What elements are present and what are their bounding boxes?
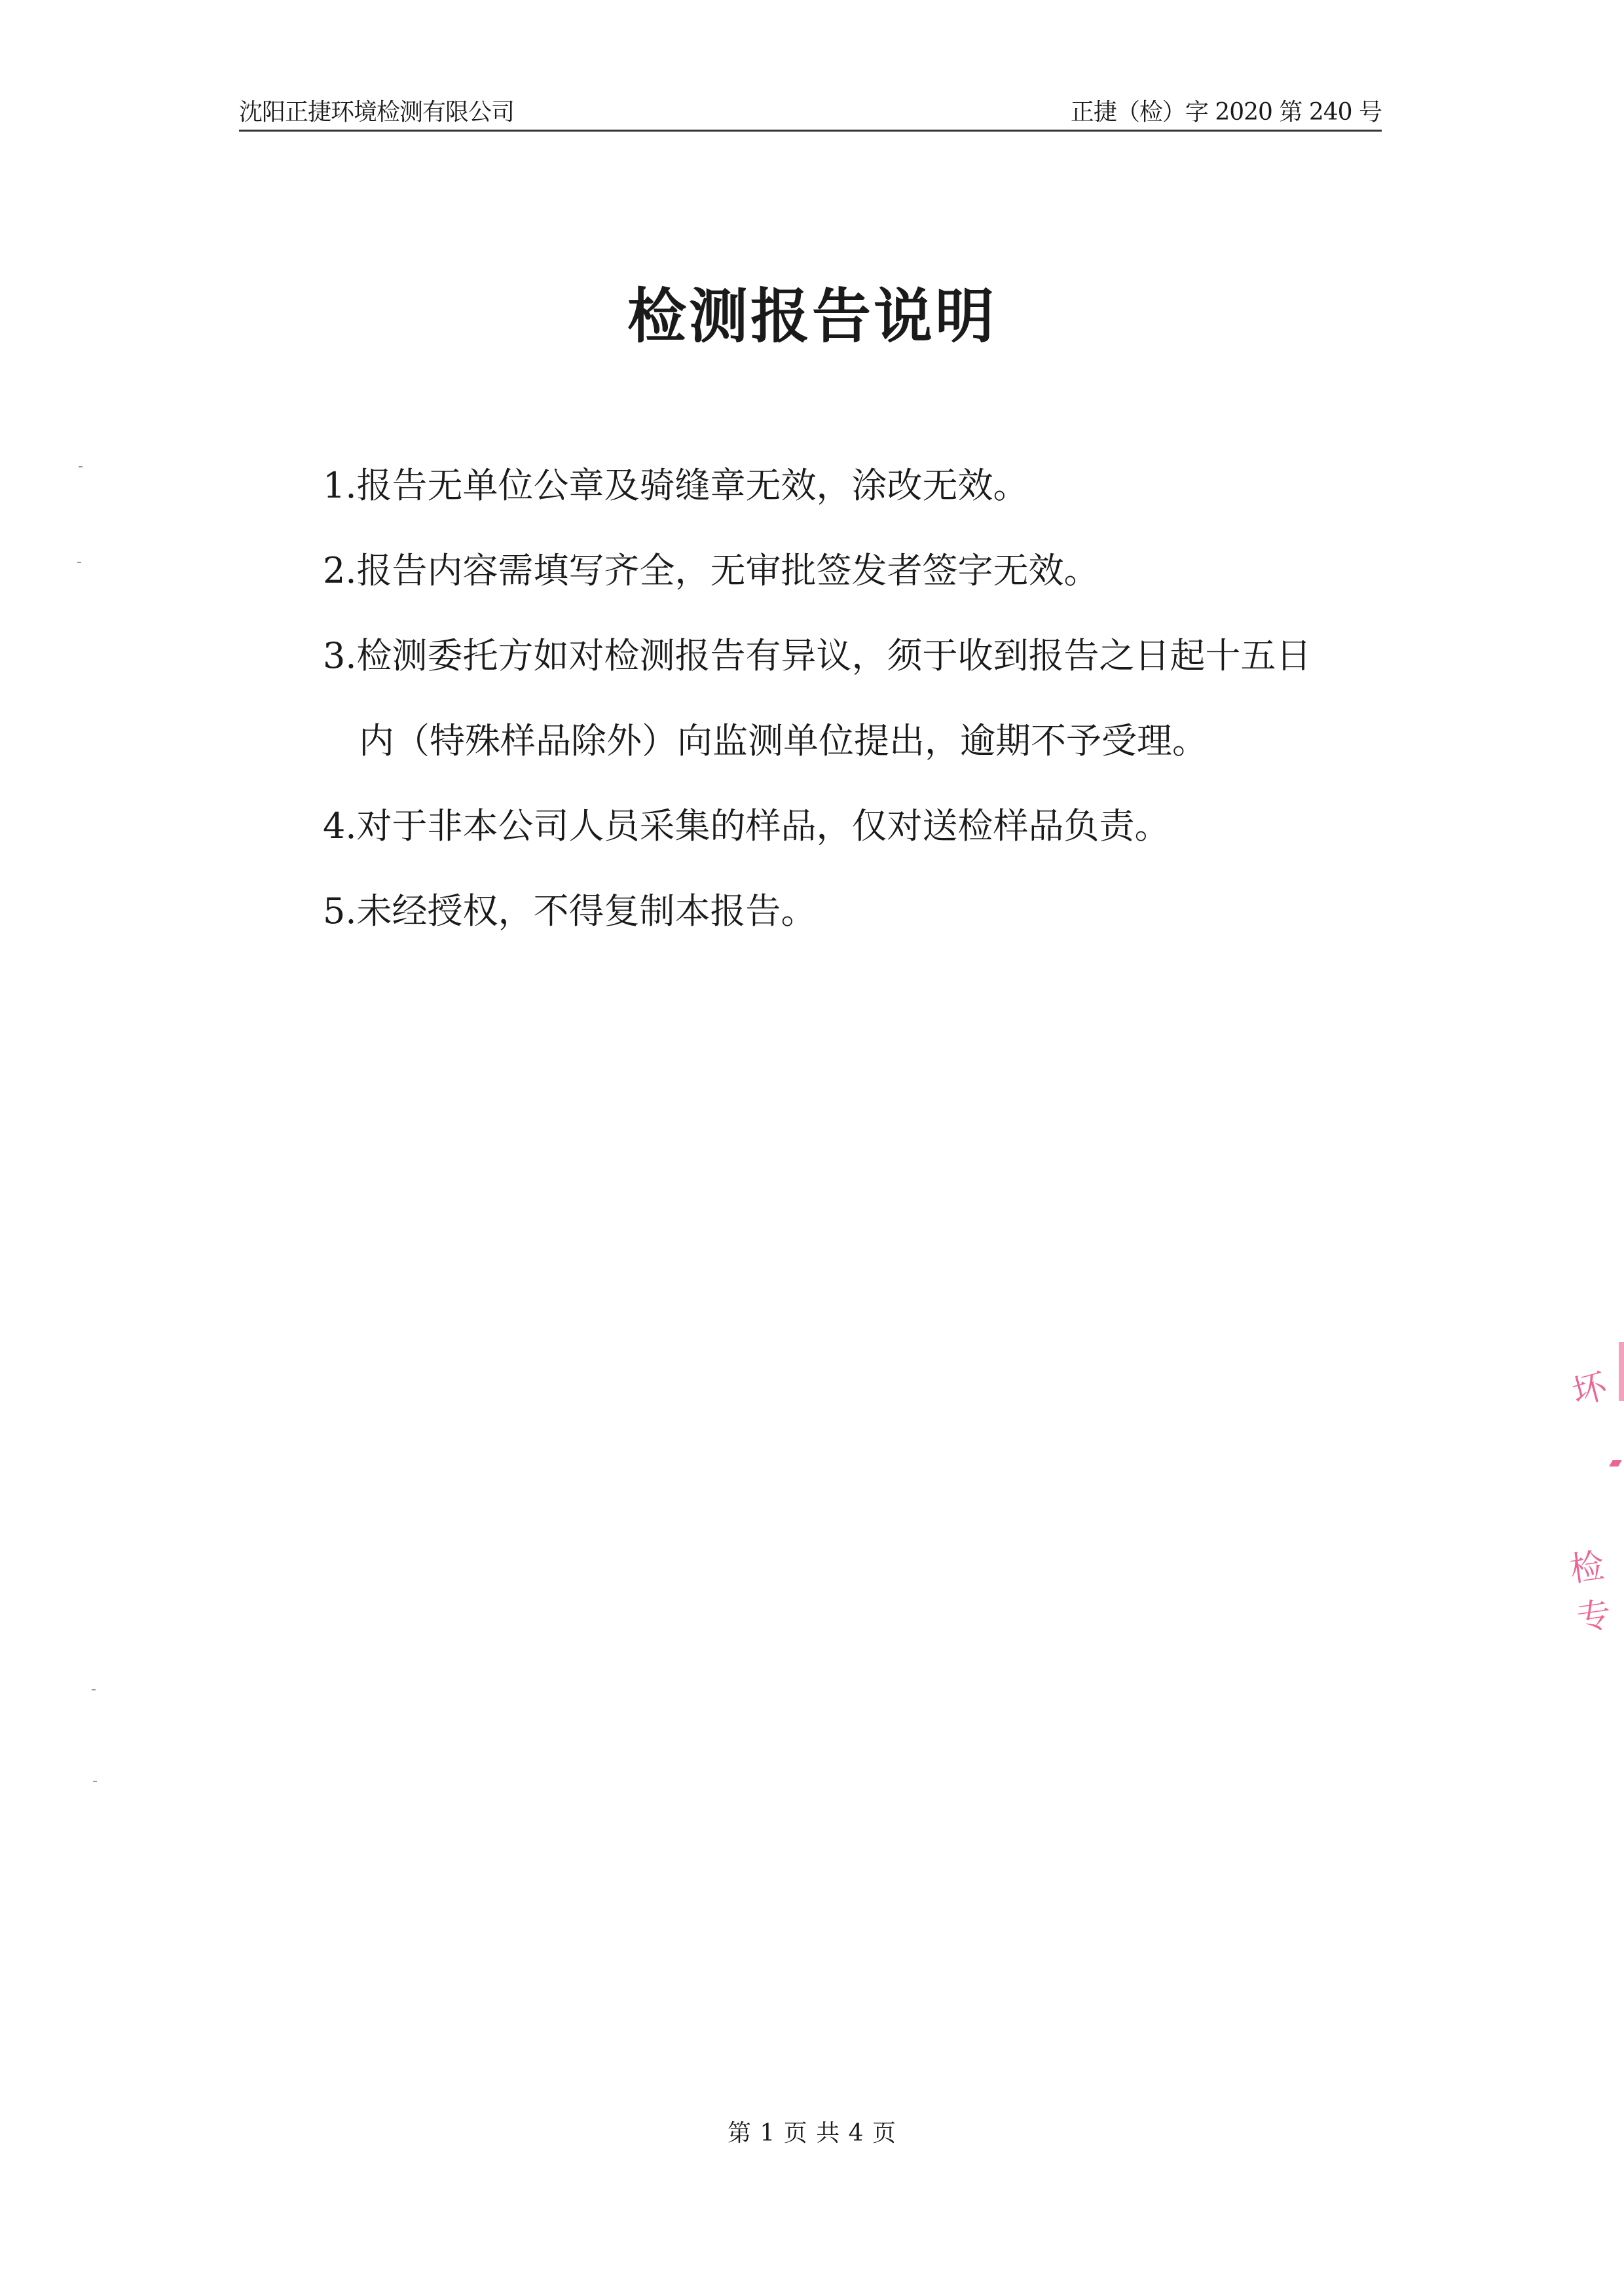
seal-stamp-fragment: 坏 检专 — [1565, 1316, 1624, 1656]
stamp-text-top: 坏 — [1566, 1358, 1612, 1415]
stamp-mark — [1619, 1342, 1624, 1401]
scan-speck — [93, 1781, 97, 1782]
note-item-continuation: 内（特殊样品除外）向监测单位提出，逾期不予受理。 — [359, 721, 1208, 761]
page-footer: 第 1 页 共 4 页 — [0, 2115, 1624, 2148]
scan-speck — [92, 1689, 96, 1690]
page-header: 沈阳正捷环境检测有限公司 正捷（检）字 2020 第 240 号 — [239, 98, 1382, 132]
report-number: 正捷（检）字 2020 第 240 号 — [1071, 94, 1382, 127]
note-item: 1.报告无单位公章及骑缝章无效，涂改无效。 — [323, 466, 1029, 505]
scan-speck — [77, 562, 81, 563]
stamp-text-bottom: 检专 — [1566, 1535, 1624, 1639]
company-name: 沈阳正捷环境检测有限公司 — [239, 94, 514, 127]
document-title: 检测报告说明 — [0, 268, 1624, 354]
note-item: 5.未经授权，不得复制本报告。 — [323, 892, 817, 931]
stamp-mark — [1609, 1460, 1622, 1467]
note-item: 4.对于非本公司人员采集的样品，仅对送检样品负责。 — [323, 807, 1170, 846]
scan-speck — [79, 466, 83, 467]
note-item: 3.检测委托方如对检测报告有异议，须于收到报告之日起十五日 — [323, 636, 1312, 676]
note-item: 2.报告内容需填写齐全，无审批签发者签字无效。 — [323, 551, 1099, 591]
